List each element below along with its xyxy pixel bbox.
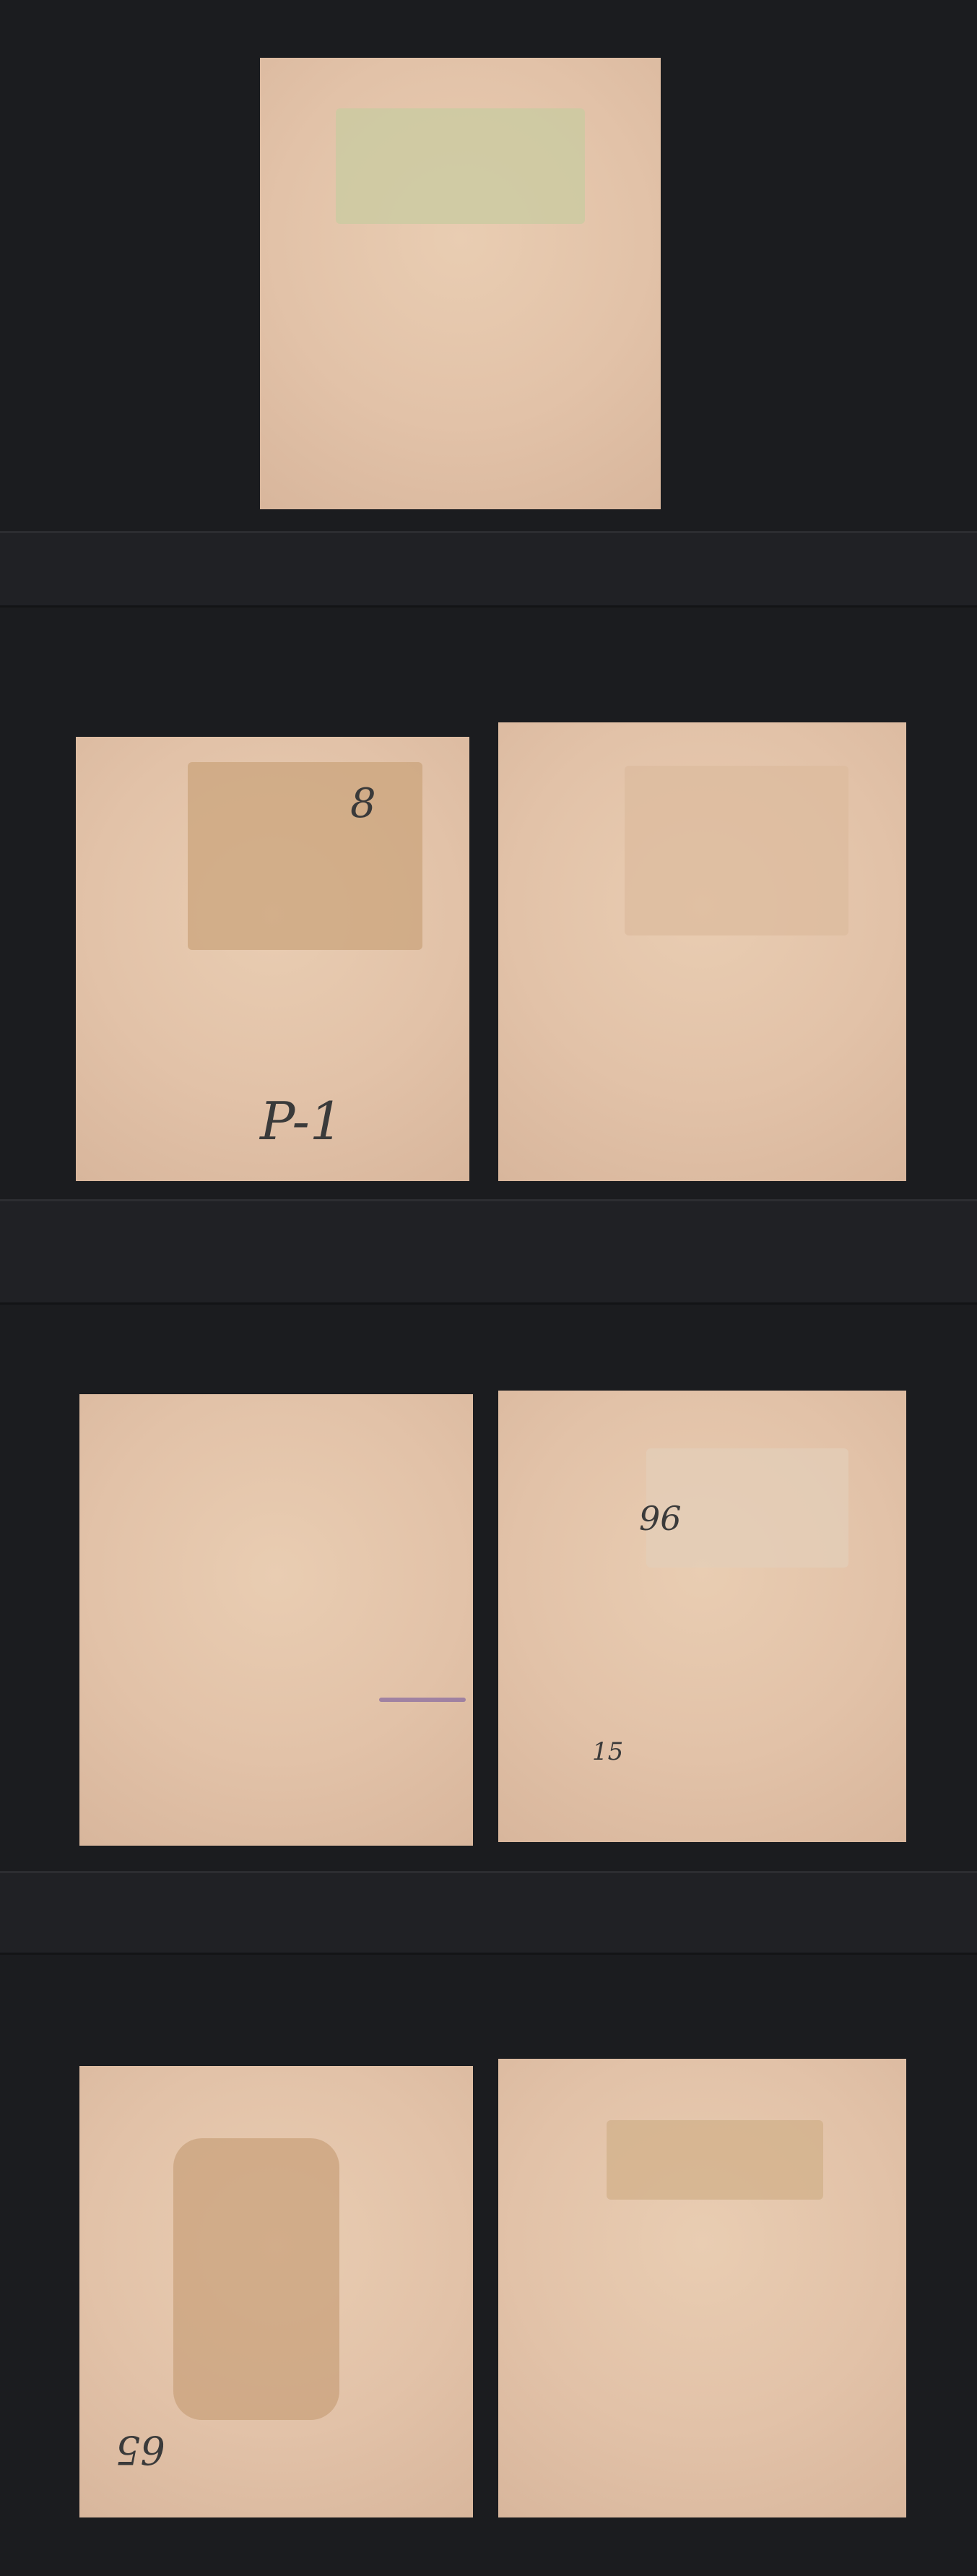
stamp-back	[498, 722, 906, 1181]
stamp-back	[498, 2059, 906, 2517]
pencil-mark: P-1	[260, 1091, 343, 1151]
pencil-mark: 96	[639, 1499, 682, 1538]
hinge-remnant	[607, 2120, 823, 2200]
stockpage-strip	[0, 1871, 977, 1955]
stamp-back: 96 15	[498, 1391, 906, 1842]
hinge-remnant	[625, 766, 848, 935]
stamp-back: 65	[79, 2066, 473, 2517]
toned-stain	[173, 2138, 339, 2420]
pencil-mark: 65	[116, 2427, 165, 2473]
stockpage-strip	[0, 1199, 977, 1305]
stamp-back	[260, 58, 661, 509]
stamp-back	[79, 1394, 473, 1846]
stamp-back: 8 P-1	[76, 737, 469, 1181]
pencil-mark: 8	[350, 780, 376, 827]
pencil-mark: 15	[592, 1737, 623, 1766]
ink-mark	[379, 1698, 466, 1702]
hinge-remnant	[336, 108, 585, 224]
stockpage-strip	[0, 531, 977, 608]
hinge-remnant	[188, 762, 422, 950]
